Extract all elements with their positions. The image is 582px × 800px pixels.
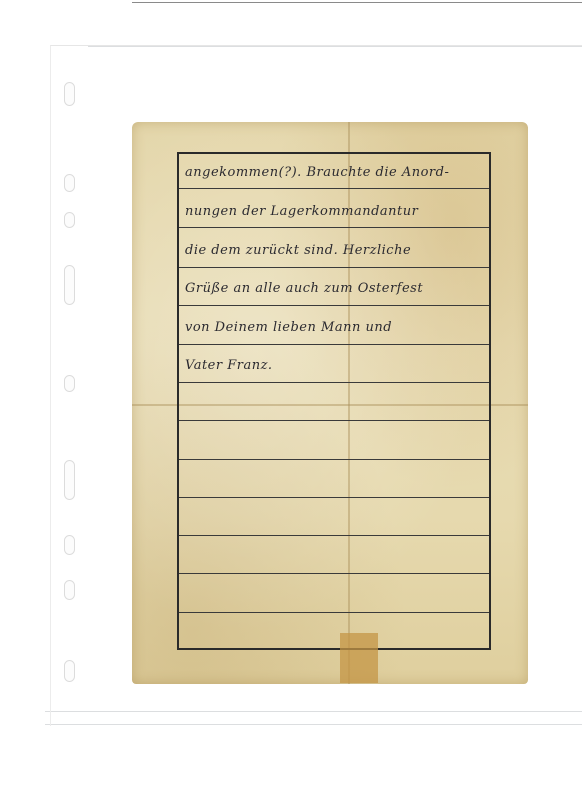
ruled-line — [179, 267, 489, 268]
binder-hole — [64, 82, 75, 106]
sleeve-top-line — [132, 2, 582, 3]
letter-card: angekommen(?). Brauchte die Anord- nunge… — [132, 122, 528, 684]
ruled-line — [179, 382, 489, 383]
binder-hole — [64, 580, 75, 600]
handwritten-line-3: die dem zurückt sind. Herzliche — [185, 236, 485, 266]
binder-hole — [64, 460, 75, 500]
ruled-line — [179, 305, 489, 306]
handwritten-line-5: von Deinem lieben Mann und — [185, 313, 485, 343]
handwritten-line-4: Grüße an alle auch zum Osterfest — [185, 274, 485, 304]
ruled-line — [179, 497, 489, 498]
tape-patch — [340, 633, 378, 683]
binder-hole — [64, 660, 75, 682]
ruled-line — [179, 344, 489, 345]
ruled-frame: angekommen(?). Brauchte die Anord- nunge… — [177, 152, 491, 650]
ruled-line — [179, 612, 489, 613]
ruled-line — [179, 227, 489, 228]
binder-hole — [64, 265, 75, 305]
binder-hole — [64, 375, 75, 392]
binder-hole — [64, 535, 75, 555]
ruled-line — [179, 573, 489, 574]
handwritten-line-6: Vater Franz. — [185, 351, 485, 381]
handwritten-line-2: nungen der Lagerkommandantur — [185, 197, 485, 227]
handwritten-line-1: angekommen(?). Brauchte die Anord- — [185, 158, 485, 188]
ruled-line — [179, 459, 489, 460]
ruled-line — [179, 535, 489, 536]
binder-hole — [64, 174, 75, 192]
ruled-line — [179, 188, 489, 189]
binder-hole — [64, 212, 75, 228]
ruled-line — [179, 420, 489, 421]
